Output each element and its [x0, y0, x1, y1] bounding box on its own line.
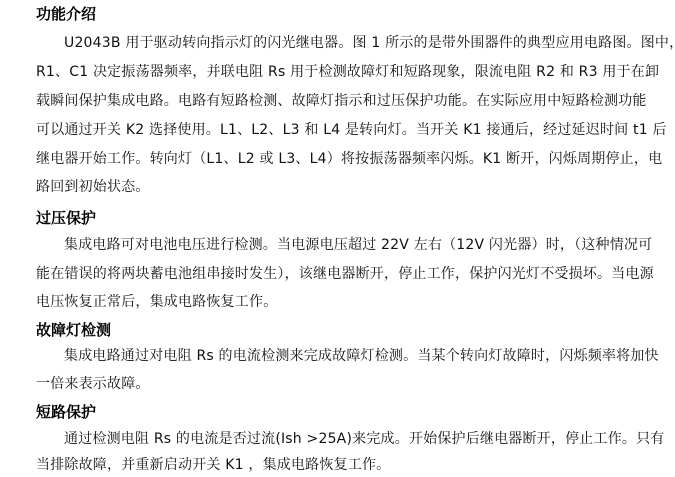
- paragraph-line: 载瞬间保护集成电路。电路有短路检测、故障灯指示和过压保护功能。在实际应用中短路检…: [36, 91, 647, 111]
- paragraph-line: U2043B 用于驱动转向指示灯的闪光继电器。图 1 所示的是带外围器件的典型应…: [64, 33, 675, 53]
- document-page: 功能介绍 U2043B 用于驱动转向指示灯的闪光继电器。图 1 所示的是带外围器…: [0, 0, 675, 477]
- paragraph-line: 当排除故障，并重新启动开关 K1 ，集成电路恢复工作。: [36, 455, 390, 475]
- section-heading-function-intro: 功能介绍: [36, 4, 96, 24]
- paragraph-line: 通过检测电阻 Rs 的电流是否过流(Ish >25A)来完成。开始保护后继电器断…: [64, 429, 665, 449]
- paragraph-line: 能在错误的将两块蓄电池组串接时发生），该继电器断开，停止工作，保护闪光灯不受损坏…: [36, 264, 654, 284]
- paragraph-line: R1、C1 决定振荡器频率，并联电阻 Rs 用于检测故障灯和短路现象，限流电阻 …: [36, 62, 659, 82]
- paragraph-line: 集成电路可对电池电压进行检测。当电源电压超过 22V 左右（12V 闪光器）时，…: [64, 235, 652, 255]
- section-heading-overvoltage-protection: 过压保护: [36, 208, 96, 228]
- paragraph-line: 路回到初始状态。: [36, 177, 150, 197]
- section-heading-short-circuit-protection: 短路保护: [36, 402, 96, 422]
- section-heading-fault-lamp-detection: 故障灯检测: [36, 320, 111, 340]
- paragraph-line: 可以通过开关 K2 选择使用。L1、L2、L3 和 L4 是转向灯。当开关 K1…: [36, 120, 667, 140]
- paragraph-line: 一倍来表示故障。: [36, 374, 150, 394]
- paragraph-line: 电压恢复正常后，集成电路恢复工作。: [36, 292, 277, 312]
- paragraph-line: 集成电路通过对电阻 Rs 的电流检测来完成故障灯检测。当某个转向灯故障时，闪烁频…: [64, 346, 659, 366]
- paragraph-line: 继电器开始工作。转向灯（L1、L2 或 L3、L4）将按振荡器频率闪烁。K1 断…: [36, 149, 662, 169]
